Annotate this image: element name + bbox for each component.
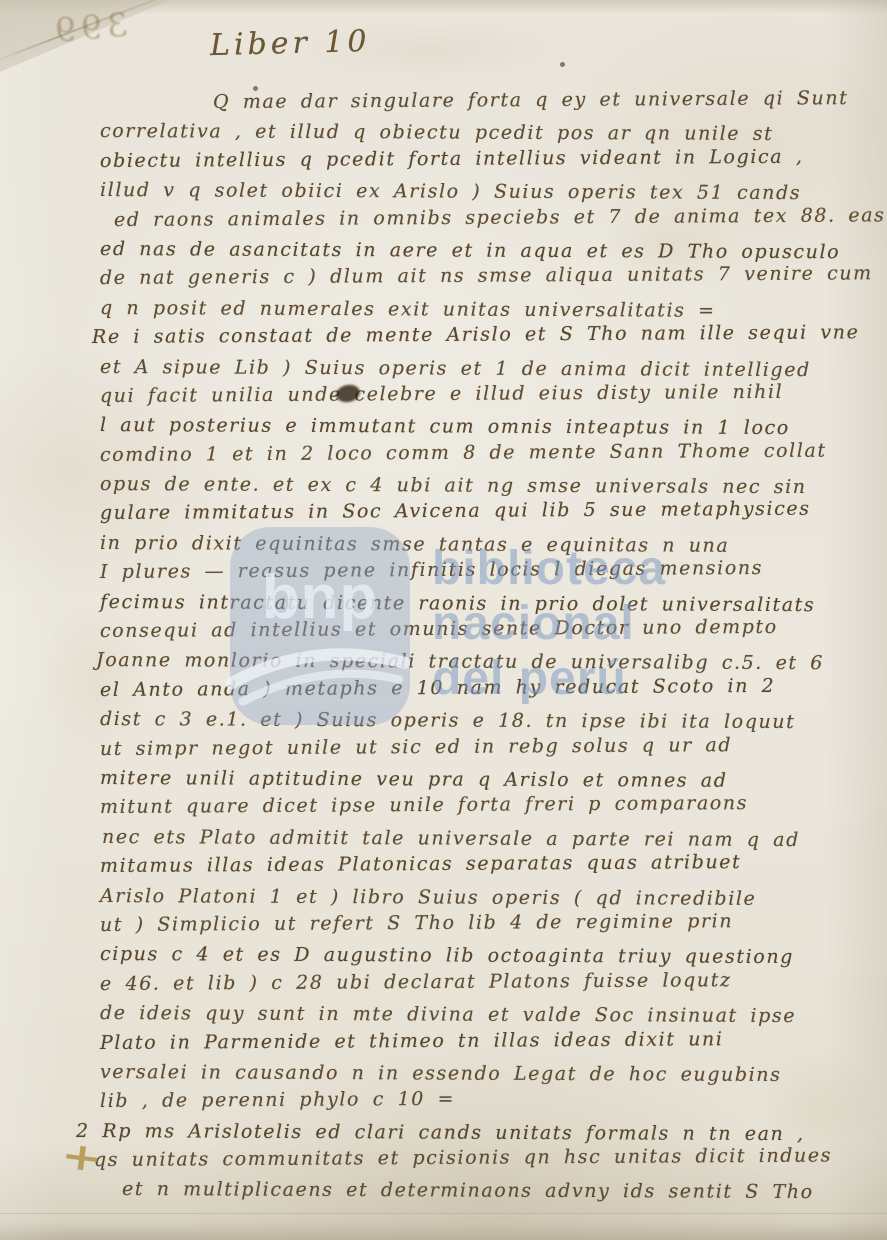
- manuscript-scan-page: 399 Liber 10 Q mae dar singulare forta q…: [0, 0, 887, 1240]
- page-title: Liber 10: [210, 24, 371, 63]
- manuscript-line: I plures — reasus pene infinitis locis l…: [100, 554, 868, 588]
- manuscript-line: gulare immitatus in Soc Avicena qui lib …: [100, 495, 868, 529]
- manuscript-line: Re i satis constaat de mente Arislo et S…: [92, 318, 868, 352]
- manuscript-line: et n multiplicaens et determinaons advny…: [122, 1175, 868, 1208]
- manuscript-line: comdino 1 et in 2 loco comm 8 de mente S…: [100, 436, 868, 470]
- manuscript-lines: Q mae dar singulare forta q ey et univer…: [100, 88, 868, 1205]
- manuscript-line: mitunt quare dicet ipse unile forta frer…: [100, 789, 868, 823]
- manuscript-line: e 46. et lib ) c 28 ubi declarat Platons…: [100, 965, 868, 999]
- manuscript-line: el Anto anda ) metaphs e 10 nam hy reduc…: [100, 671, 868, 705]
- manuscript-line: qui facit unilia unde celebre e illud ei…: [100, 377, 868, 411]
- manuscript-line: qs unitats communitats et pcisionis qn h…: [94, 1141, 868, 1175]
- manuscript-line: mitamus illas ideas Platonicas separatas…: [100, 847, 868, 881]
- folio-number-show-through: 399: [48, 5, 129, 51]
- title-dot: [560, 62, 565, 67]
- manuscript-line: ed raons animales in omnibs speciebs et …: [114, 201, 868, 235]
- manuscript-line: Q mae dar singulare forta q ey et univer…: [213, 84, 868, 117]
- bottom-crease-line: [0, 1213, 887, 1214]
- manuscript-line: lib , de perenni phylo c 10 =: [100, 1083, 868, 1117]
- manuscript-line: consequi ad intellius et omunis sente Do…: [100, 612, 868, 646]
- manuscript-line: Plato in Parmenide et thimeo tn illas id…: [100, 1024, 868, 1058]
- manuscript-line: ut simpr negot unile ut sic ed in rebg s…: [100, 730, 868, 764]
- manuscript-line: ut ) Simplicio ut refert S Tho lib 4 de …: [100, 906, 868, 940]
- manuscript-line: de nat generis c ) dlum ait ns smse aliq…: [100, 260, 868, 294]
- manuscript-line: obiectu intellius q pcedit forta intelli…: [100, 142, 868, 176]
- margin-cross-mark: +: [59, 1132, 106, 1182]
